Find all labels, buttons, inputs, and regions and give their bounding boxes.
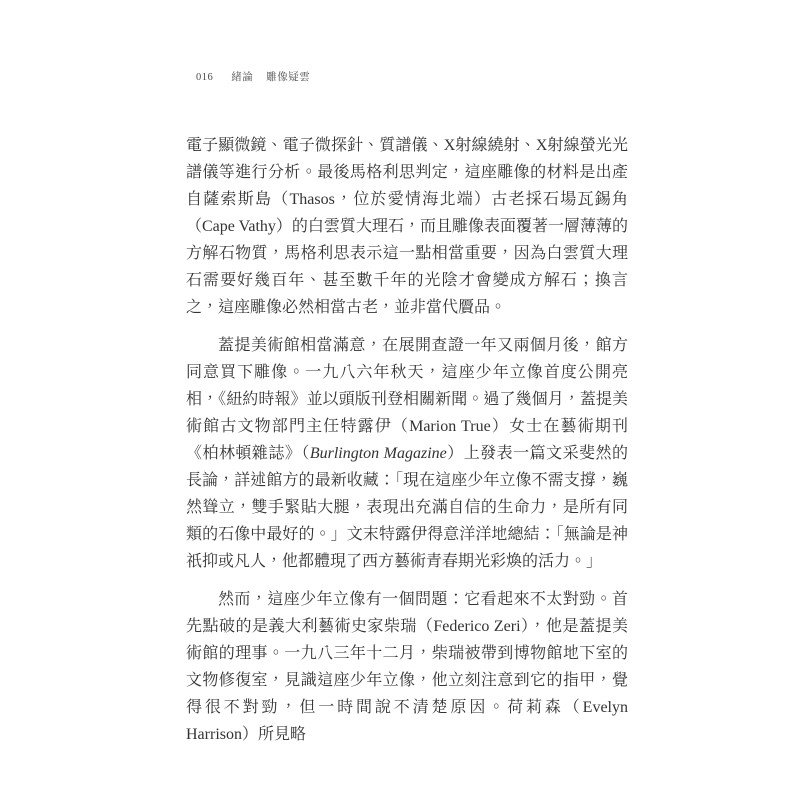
book-title: 雕像疑雲 xyxy=(266,69,310,84)
page-number: 016 xyxy=(196,72,213,83)
latin-journal-title: Burlington Magazine xyxy=(310,445,447,462)
book-page: 016 緒論 雕像疑雲 電子顯微鏡、電子微探針、質譜儀、X射線繞射、X射線螢光光… xyxy=(0,0,800,800)
body-text: 電子顯微鏡、電子微探針、質譜儀、X射線繞射、X射線螢光光譜儀等進行分析。最後馬格… xyxy=(186,132,628,748)
running-header: 016 緒論 雕像疑雲 xyxy=(196,69,310,84)
chapter-label: 緒論 xyxy=(231,69,253,84)
text-run: 電子顯微鏡、電子微探針、質譜儀、X射線繞射、X射線螢光光譜儀等進行分析。最後馬格… xyxy=(186,137,628,316)
paragraph: 然而，這座少年立像有一個問題：它看起來不太對勁。首先點破的是義大利藝術史家柴瑞（… xyxy=(186,586,628,748)
text-run: ）上發表一篇文采斐然的長論，詳述館方的最新收藏：「現在這座少年立像不需支撐，巍然… xyxy=(186,445,628,570)
text-run: 然而，這座少年立像有一個問題：它看起來不太對勁。首先點破的是義大利藝術史家柴瑞（… xyxy=(186,591,628,743)
paragraph: 電子顯微鏡、電子微探針、質譜儀、X射線繞射、X射線螢光光譜儀等進行分析。最後馬格… xyxy=(186,132,628,321)
paragraph: 蓋提美術館相當滿意，在展開查證一年又兩個月後，館方同意買下雕像。一九八六年秋天，… xyxy=(186,332,628,575)
text-run: 蓋提美術館相當滿意，在展開查證一年又兩個月後，館方同意買下雕像。一九八六年秋天，… xyxy=(186,337,628,462)
